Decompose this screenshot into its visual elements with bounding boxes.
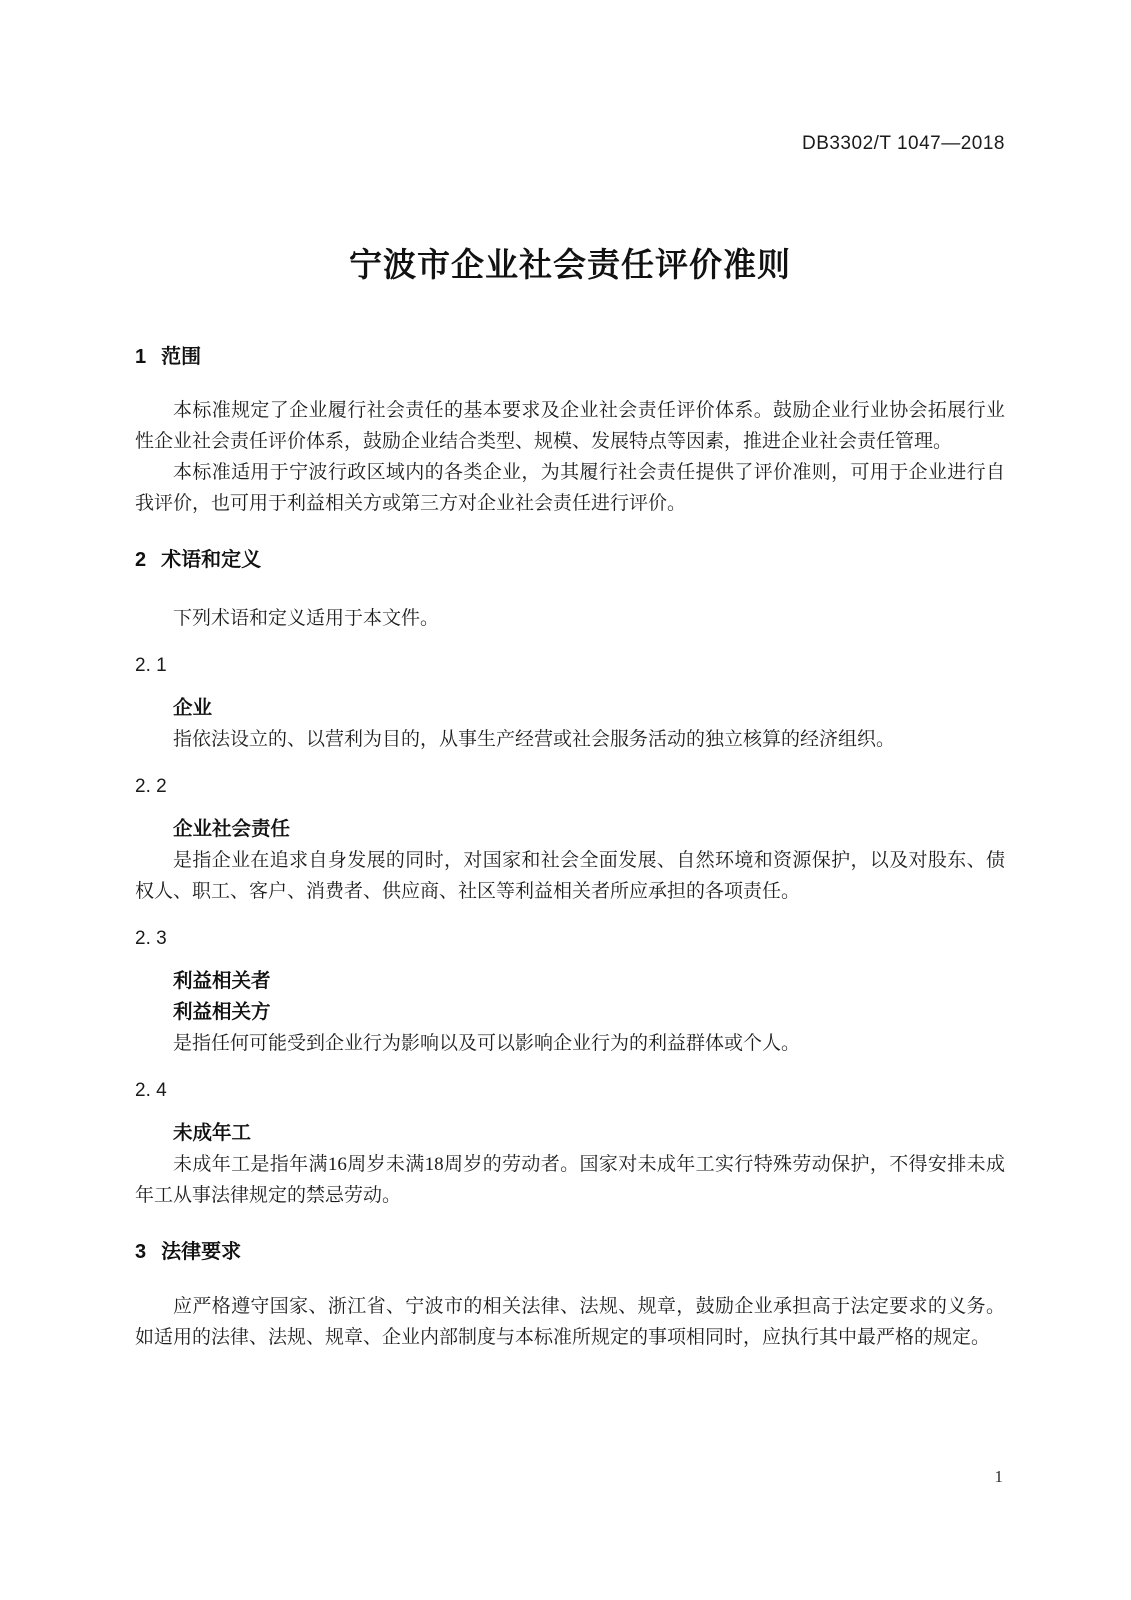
section-2-intro: 下列术语和定义适用于本文件。 <box>135 603 1005 634</box>
term-2-3-number: 2. 3 <box>135 927 1005 951</box>
term-2-1-name: 企业 <box>173 693 1005 724</box>
section-3-title: 法律要求 <box>161 1239 241 1265</box>
term-2-3-names: 利益相关者 利益相关方 <box>135 966 1005 1028</box>
section-1-number: 1 <box>135 344 146 370</box>
section-1-title: 范围 <box>161 344 201 370</box>
document-code: DB3302/T 1047—2018 <box>135 0 1005 155</box>
section-3-paragraph-1: 应严格遵守国家、浙江省、宁波市的相关法律、法规、规章，鼓励企业承担高于法定要求的… <box>135 1291 1005 1353</box>
term-2-1-definition: 指依法设立的、以营利为目的，从事生产经营或社会服务活动的独立核算的经济组织。 <box>135 724 1005 755</box>
section-1-paragraph-2: 本标准适用于宁波行政区域内的各类企业，为其履行社会责任提供了评价准则，可用于企业… <box>135 457 1005 519</box>
term-2-2-names: 企业社会责任 <box>135 814 1005 845</box>
term-2-4-names: 未成年工 <box>135 1118 1005 1149</box>
page-number: 1 <box>995 1466 1004 1488</box>
document-content: DB3302/T 1047—2018 宁波市企业社会责任评价准则 1 范围 本标… <box>0 0 1131 1353</box>
term-2-2-name: 企业社会责任 <box>173 814 1005 845</box>
term-2-1-names: 企业 <box>135 693 1005 724</box>
term-2-2: 2. 2 企业社会责任 是指企业在追求自身发展的同时，对国家和社会全面发展、自然… <box>135 775 1005 907</box>
section-3-heading: 3 法律要求 <box>135 1239 1005 1265</box>
document-title: 宁波市企业社会责任评价准则 <box>135 243 1005 287</box>
term-2-3-name-1: 利益相关者 <box>173 966 1005 997</box>
section-2-heading: 2 术语和定义 <box>135 547 1005 573</box>
term-2-2-definition: 是指企业在追求自身发展的同时，对国家和社会全面发展、自然环境和资源保护，以及对股… <box>135 845 1005 907</box>
section-1-heading: 1 范围 <box>135 344 1005 370</box>
document-page: DB3302/T 1047—2018 宁波市企业社会责任评价准则 1 范围 本标… <box>0 0 1131 1600</box>
term-2-4-definition: 未成年工是指年满16周岁未满18周岁的劳动者。国家对未成年工实行特殊劳动保护，不… <box>135 1149 1005 1211</box>
term-2-2-number: 2. 2 <box>135 775 1005 799</box>
term-2-3-definition: 是指任何可能受到企业行为影响以及可以影响企业行为的利益群体或个人。 <box>135 1028 1005 1059</box>
term-2-4: 2. 4 未成年工 未成年工是指年满16周岁未满18周岁的劳动者。国家对未成年工… <box>135 1079 1005 1211</box>
term-2-1-number: 2. 1 <box>135 654 1005 678</box>
term-2-3-name-2: 利益相关方 <box>173 997 1005 1028</box>
term-2-4-name: 未成年工 <box>173 1118 1005 1149</box>
term-2-4-number: 2. 4 <box>135 1079 1005 1103</box>
section-2-title: 术语和定义 <box>161 547 261 573</box>
section-1-paragraph-1: 本标准规定了企业履行社会责任的基本要求及企业社会责任评价体系。鼓励企业行业协会拓… <box>135 395 1005 457</box>
term-2-3: 2. 3 利益相关者 利益相关方 是指任何可能受到企业行为影响以及可以影响企业行… <box>135 927 1005 1059</box>
section-2-number: 2 <box>135 547 146 573</box>
term-2-1: 2. 1 企业 指依法设立的、以营利为目的，从事生产经营或社会服务活动的独立核算… <box>135 654 1005 755</box>
section-3-number: 3 <box>135 1239 146 1265</box>
